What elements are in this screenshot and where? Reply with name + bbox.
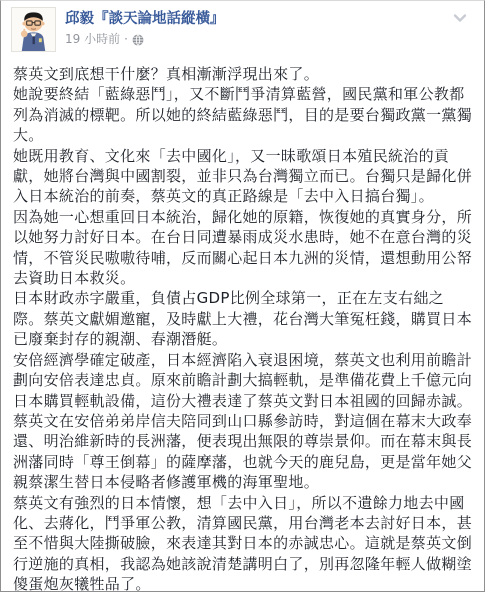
post-text: 蔡英文到底想干什麼？真相漸漸浮現出來了。她說要終結「藍綠惡鬥」，又不斷鬥爭清算藍…: [1, 61, 484, 595]
avatar[interactable]: [11, 7, 56, 52]
post-paragraph: 她說要終結「藍綠惡鬥」，又不斷鬥爭清算藍營，國民黨和軍公教都列為消滅的標靶。所以…: [13, 84, 472, 145]
chevron-down-icon[interactable]: [452, 10, 468, 26]
author-name-link[interactable]: 邱毅『談天論地話縱橫』: [65, 10, 225, 28]
globe-public-icon: [132, 34, 144, 46]
post-paragraph: 她既用教育、文化來「去中國化」，又一昧歌頌日本殖民統治的貢獻，她將台灣與中國割裂…: [13, 146, 472, 207]
post-paragraph: 蔡英文到底想干什麼？真相漸漸浮現出來了。: [13, 64, 472, 84]
post-paragraph: 安倍經濟學確定破產，日本經濟陷入衰退困境，蔡英文也利用前瞻計劃向安倍表達忠貞。原…: [13, 350, 472, 411]
facebook-post-screenshot: 邱毅『談天論地話縱橫』 19 小時前 ·: [0, 0, 485, 605]
post-paragraph: 蔡英文在安倍弟弟岸信夫陪同到山口縣參訪時，對這個在幕末大政奉還、明治維新時的長洲…: [13, 411, 472, 493]
timestamp-link[interactable]: 19 小時前: [65, 31, 120, 47]
post-header: 邱毅『談天論地話縱橫』 19 小時前 ·: [1, 1, 484, 61]
meta-separator: ·: [124, 31, 128, 47]
post-meta: 19 小時前 ·: [65, 31, 225, 47]
post-paragraph: 日本財政赤字嚴重，負債占GDP比例全球第一，正在左支右絀之際。蔡英文獻媚邀寵，及…: [13, 288, 472, 349]
post-card: 邱毅『談天論地話縱橫』 19 小時前 ·: [0, 0, 485, 592]
post-paragraph: 蔡英文有強烈的日本情懷，想「去中入日」，所以不遺餘力地去中國化、去蔣化，鬥爭軍公…: [13, 493, 472, 595]
header-text: 邱毅『談天論地話縱橫』 19 小時前 ·: [65, 7, 225, 47]
avatar-cartoon-image: [12, 8, 55, 51]
post-paragraph: 因為她一心想重回日本統治，歸化她的原籍，恢復她的真實身分，所以她努力討好日本。在…: [13, 207, 472, 289]
